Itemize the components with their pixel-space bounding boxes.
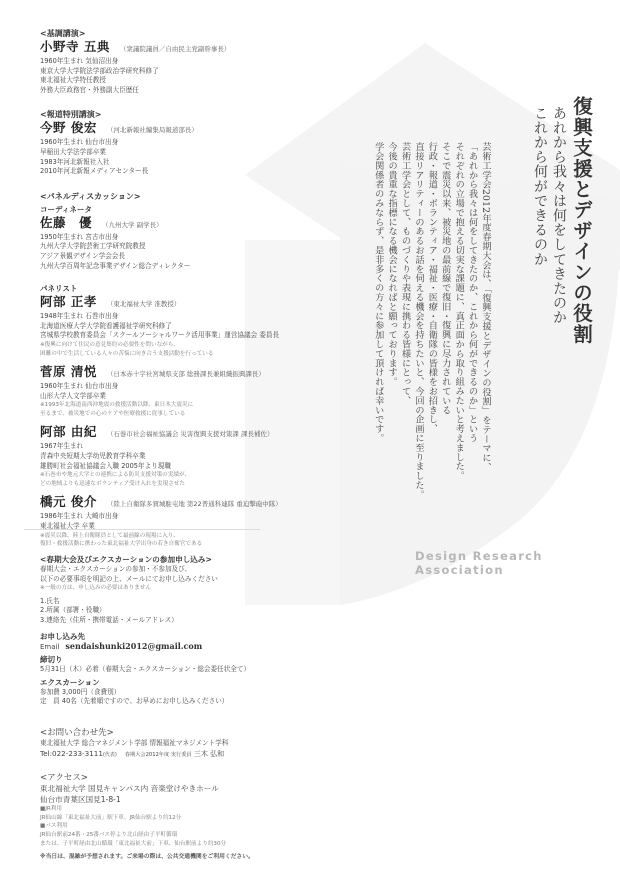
bio-line: 1948年生まれ 石巻市出身: [40, 312, 320, 322]
feature-body: 芸術工学会2012年度春期大会は、「復興支援とデザインの役割」をテーマに、 「あ…: [371, 142, 492, 499]
bio-line: 1960年生まれ 仙台市出身: [40, 138, 320, 148]
deadline-label: 締切り: [40, 654, 330, 665]
subtitle-line: あれから我々は何をしてきたのか: [549, 106, 568, 325]
coordinator-name: 佐藤 優（九州大学 副学長）: [40, 215, 320, 233]
registration-note: ※一般の方は、申し込みの必要はありません: [40, 584, 330, 593]
transport-warning: ※当日は、混雑が予想されます。ご来場の際は、公共交通機関をご利用ください。: [40, 853, 330, 863]
feature-subtitle: あれから我々は何をしてきたのか これから何ができるのか: [530, 106, 568, 325]
required-item: 3.連絡先（住所・携帯電話・メールアドレス）: [40, 616, 330, 626]
bus-directions: JR仙台駅前24番・25番バス停より北山経由子平町循環: [40, 831, 330, 840]
body-line: それぞれの立場で抱える切実な課題に、真正面から取り組みたいと考えました。: [452, 142, 465, 499]
registration-text: 春期大会・エクスカーションの参加・不参加及び、: [40, 565, 330, 575]
bio-line: 1983年河北新報社入社: [40, 158, 320, 168]
panelist: 橋元 俊介（陸上自衛隊多賀城駐屯地 第22普通科連隊 重迫撃砲中隊） 1986年…: [40, 494, 320, 548]
registration-heading: <春期大会及びエクスカーションの参加申し込み>: [40, 554, 330, 565]
required-item: 2.所属（部署・役職）: [40, 606, 330, 616]
bio-line: 北海道医療大学大学院看護福祉学研究科修了: [40, 322, 320, 332]
bio-line: 東京大学大学院法学部政治学研究科修了: [40, 67, 320, 77]
panelist: 阿部 由紀（石巻市社会福祉協議会 災害復興支援対策課 課長補佐） 1967年生ま…: [40, 424, 320, 488]
bio-line: 1960年生まれ 仙台市出身: [40, 382, 320, 392]
bio-note: ※石巻市や地元大学との連携による防災支援対策の実績が、: [40, 471, 320, 480]
bio-line: 九州大学大学院芸術工学研究院教授: [40, 242, 320, 252]
body-line: 今後の貴重な指標になる機会になればと願っております。: [385, 142, 398, 499]
bus-directions: または、子平町経由北山循環「東北福祉大前」下車、仙台駅前より約30分: [40, 840, 330, 849]
bio-line: 宮城県学校教育委員会「スクールソーシャルワーク活用事業」運営協議会 委員長: [40, 331, 320, 341]
section-divider: [24, 529, 260, 530]
contact-org: 東北福祉大学 総合マネジメント学部 情報福祉マネジメント学科: [40, 739, 330, 749]
bio-line: 外務大臣政務官・外務副大臣歴任: [40, 86, 320, 96]
bio-line: 青森中央短期大学幼児教育学科卒業: [40, 452, 320, 462]
contact-tel-line: Tel:022-233-3111(代表)春期大会2012年度 実行委員 三木 弘…: [40, 749, 330, 761]
speaker-section: <基調講演> 小野寺 五典（衆議院議員／自由民主党副幹事長） 1960年生まれ …: [40, 28, 320, 549]
panelist-label: パネリスト: [40, 283, 320, 294]
excursion-fee: 参加費 3,000円（食費別）: [40, 688, 330, 698]
panelist-name: 阿部 由紀（石巻市社会福祉協議会 災害復興支援対策課 課長補佐）: [40, 424, 320, 442]
special-report-speaker-name: 今野 俊宏（河北新報社編集局報道部長）: [40, 120, 320, 138]
body-line: 芸術工学会2012年度春期大会は、「復興支援とデザインの役割」をテーマに、: [479, 142, 492, 499]
email-link[interactable]: sendaishunki2012@gmail.com: [65, 641, 202, 651]
email-line: Emailsendaishunki2012@gmail.com: [40, 642, 330, 653]
bio-note: どの地域よりも迅速なボランティア受け入れを実現させた: [40, 480, 320, 489]
excursion-capacity: 定 員 40名（先着順ですので、お早めにお申し込みください）: [40, 697, 330, 707]
jr-directions: JR仙山線「東北福祉大前」駅下車、JR仙台駅より約12分: [40, 814, 330, 823]
special-report-heading: <報道特別講演>: [40, 109, 320, 120]
bio-note: 至るまで、被災地での心のケアや医療救援に従事している: [40, 410, 320, 419]
body-line: 芸術工学会として、ものづくりや表現に携わる皆様にとって、: [398, 142, 411, 499]
bio-note: ※震災以降、陸上自衛隊員として最前線の現場に入り、: [40, 532, 320, 541]
bio-line: 1950年生まれ 宮古市出身: [40, 233, 320, 243]
bio-line: 1960年生まれ 気仙沼出身: [40, 57, 320, 67]
keynote-speaker-name: 小野寺 五典（衆議院議員／自由民主党副幹事長）: [40, 39, 320, 57]
responsible-label: 春期大会2012年度 実行委員: [125, 752, 192, 758]
keynote-heading: <基調講演>: [40, 28, 320, 39]
deadline-text: 5月31日（木）必着（春期大会・エクスカーション・総会委任状全て）: [40, 665, 330, 675]
responsible-name: 三木 弘和: [194, 750, 224, 758]
subtitle-line: これから何ができるのか: [530, 106, 549, 325]
bio-line: 雄勝町社会福祉協議会入職 2005年より現職: [40, 462, 320, 472]
bio-note: 復旧・救援活動に携わった東北福祉大学出身の若き自衛官である: [40, 540, 320, 549]
email-label: Email: [40, 643, 59, 651]
venue-address: 仙台市青葉区国見1-8-1: [40, 795, 330, 806]
bio-line: 東北福祉大学 卒業: [40, 522, 320, 532]
excursion-label: エクスカーション: [40, 677, 330, 688]
bio-line: 山形大学人文学部卒業: [40, 392, 320, 402]
apply-label: お申し込み先: [40, 631, 330, 642]
phone-note: (代表): [103, 752, 117, 758]
bio-note: ※1993年北海道南西沖地震の救援活動以降、東日本大震災に: [40, 401, 320, 410]
bio-line: アジア景観デザイン学会会長: [40, 252, 320, 262]
feature-title: 復興支援とデザインの役割: [570, 96, 592, 344]
bio-line: 1967年生まれ: [40, 442, 320, 452]
registration-text: 以下の必要事項を明記の上、メールにてお申し込みください: [40, 575, 330, 585]
body-line: 学会関係者のみならず、是非多くの方々に参加して頂ければ幸いです。: [371, 142, 384, 499]
panel-heading: <パネルディスカッション>: [40, 191, 320, 202]
bio-note: 困難の中で生活している人々の苦悩に向き合う支援活動を行っている: [40, 350, 320, 359]
bus-label: ■バス利用: [40, 822, 330, 831]
panelist-name: 菅原 清悦（日本赤十字社宮城県支部 総務課長兼組織振興課長）: [40, 364, 320, 382]
phone-number: Tel:022-233-3111: [40, 749, 103, 758]
panelist: 菅原 清悦（日本赤十字社宮城県支部 総務課長兼組織振興課長） 1960年生まれ …: [40, 364, 320, 418]
body-line: 「あれから我々は何をしてきたのか、これから何ができるのか」という: [465, 142, 478, 499]
venue-name: 東北福祉大学 国見キャンパス内 音楽堂けやきホール: [40, 784, 330, 795]
required-item: 1.氏名: [40, 597, 330, 607]
organization-name: Design Research Association: [415, 549, 620, 577]
bio-line: 1986年生まれ 大崎市出身: [40, 512, 320, 522]
bio-line: 早稲田大学法学部卒業: [40, 148, 320, 158]
bio-note: ※復興に向けて住民の意見集約の必要性を問いながら、: [40, 341, 320, 350]
panelist-name: 阿部 正孝（東北福祉大学 准教授）: [40, 294, 320, 312]
bio-line: 2010年河北新報メディアセンター長: [40, 167, 320, 177]
panelist-name: 橋元 俊介（陸上自衛隊多賀城駐屯地 第22普通科連隊 重迫撃砲中隊）: [40, 494, 320, 512]
body-line: 直接リアリティーのあるお話を伺える機会を持ちたいと、今回の企画に至りました。: [412, 142, 425, 499]
body-line: 行政・報道・ボランティア・福祉・医療・自衛隊の皆様をお招きし、: [425, 142, 438, 499]
access-heading: <アクセス>: [40, 772, 330, 784]
contact-heading: <お問い合わせ先>: [40, 727, 330, 739]
panelist: 阿部 正孝（東北福祉大学 准教授） 1948年生まれ 石巻市出身 北海道医療大学…: [40, 294, 320, 358]
info-section: <春期大会及びエクスカーションの参加申し込み> 春期大会・エクスカーションの参加…: [40, 554, 330, 863]
jr-label: ■JR利用: [40, 805, 330, 814]
bio-line: 東北福祉大学特任教授: [40, 76, 320, 86]
body-line: そこで震災以来、被災地の最前線で復旧・復興に尽力されている: [438, 142, 451, 499]
bio-line: 九州大学百周年記念事業デザイン総合ディレクター: [40, 262, 320, 272]
coordinator-label: コーディネータ: [40, 204, 320, 215]
